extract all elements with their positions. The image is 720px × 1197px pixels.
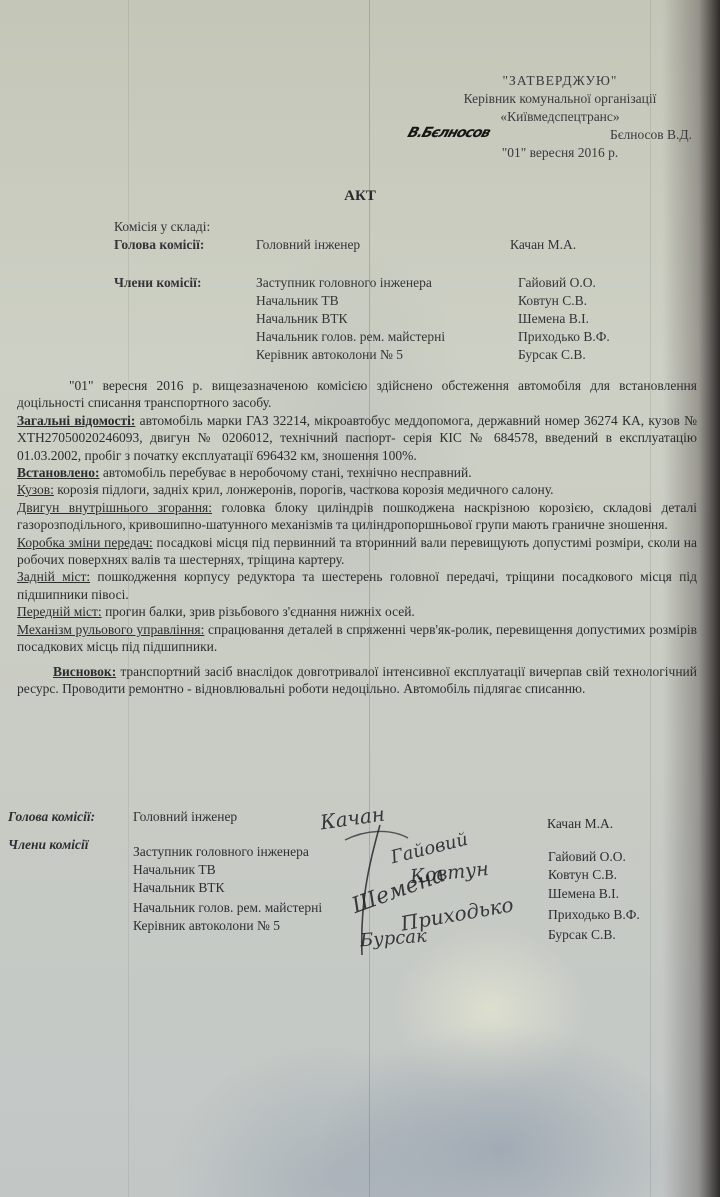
steering-label: Механізм рульового управління:	[17, 622, 204, 637]
conclusion-label: Висновок:	[53, 664, 116, 679]
body-paragraph: Кузов: корозія підлоги, задніх крил, лон…	[17, 481, 697, 498]
member-name: Бурсак С.В.	[518, 346, 586, 363]
intro-paragraph: "01" вересня 2016 р. вищезазначеною комі…	[17, 377, 697, 412]
front-axle-text: прогин балки, зрив різьбового з'єднання …	[102, 604, 415, 619]
established-label: Встановлено:	[17, 465, 99, 480]
conclusion-paragraph: Висновок: транспортний засіб внаслідок д…	[17, 663, 697, 698]
approved-heading: "ЗАТВЕРДЖУЮ"	[420, 72, 700, 90]
approval-date: "01" вересня 2016 р.	[420, 144, 700, 162]
approval-block: "ЗАТВЕРДЖУЮ" Керівник комунальної органі…	[420, 72, 700, 162]
member-position: Начальник ТВ	[256, 292, 339, 309]
member-position: Начальник ВТК	[256, 310, 347, 327]
steering-paragraph: Механізм рульового управління: спрацюван…	[17, 621, 697, 656]
commission-chair-label: Голова комісії:	[114, 236, 204, 253]
signatures-chair-name: Качан М.А.	[547, 815, 613, 833]
commission-members-label: Члени комісії:	[114, 274, 201, 291]
commission-chair-name: Качан М.А.	[510, 236, 576, 253]
general-info-label: Загальні відомості:	[17, 413, 135, 428]
engine-label: Двигун внутрішнього згорання:	[17, 500, 212, 515]
conclusion-text: транспортний засіб внаслідок довготривал…	[17, 664, 697, 696]
approver-name: Бєлносов В.Д.	[610, 127, 692, 142]
signature-member-name: Ковтун С.В.	[548, 866, 617, 884]
established-paragraph: Встановлено: автомобіль перебуває в неро…	[17, 464, 697, 481]
member-name: Шемена В.І.	[518, 310, 589, 327]
gearbox-paragraph: Коробка зміни передач: посадкові місця п…	[17, 534, 697, 569]
member-name: Гайовий О.О.	[518, 274, 596, 291]
general-info-paragraph: Загальні відомості: автомобіль марки ГАЗ…	[17, 412, 697, 464]
signature-member-position: Начальник ВТК	[133, 879, 224, 897]
rear-axle-paragraph: Задній міст: пошкодження корпусу редукто…	[17, 568, 697, 603]
approver-position: Керівник комунальної організації	[420, 90, 700, 108]
signatures-chair-position: Головний інженер	[133, 808, 237, 826]
signature-member-name: Бурсак С.В.	[548, 926, 616, 944]
approver-sign-row: В.Бєлносов Бєлносов В.Д.	[420, 126, 700, 144]
rear-axle-label: Задній міст:	[17, 569, 90, 584]
signature-member-name: Гайовий О.О.	[548, 848, 626, 866]
signature-member-name: Приходько В.Ф.	[548, 906, 640, 924]
rear-axle-text: пошкодження корпусу редуктора та шестере…	[17, 569, 697, 601]
signature-member-position: Начальник голов. рем. майстерні	[133, 899, 322, 917]
member-name: Приходько В.Ф.	[518, 328, 610, 345]
gearbox-label: Коробка зміни передач:	[17, 535, 153, 550]
signatures-members-label: Члени комісії	[8, 836, 88, 854]
body-text: корозія підлоги, задніх крил, лонжеронів…	[54, 482, 554, 497]
signature-member-name: Шемена В.І.	[548, 885, 619, 903]
signature-member-position: Керівник автоколони № 5	[133, 917, 280, 935]
front-axle-label: Передній міст:	[17, 604, 102, 619]
signatures-chair-label: Голова комісії:	[8, 808, 95, 826]
member-position: Заступник головного інженера	[256, 274, 432, 291]
engine-paragraph: Двигун внутрішнього згорання: головка бл…	[17, 499, 697, 534]
member-position: Начальник голов. рем. майстерні	[256, 328, 445, 345]
approver-signature: В.Бєлносов	[405, 124, 492, 142]
member-name: Ковтун С.В.	[518, 292, 587, 309]
body-label: Кузов:	[17, 482, 54, 497]
front-axle-paragraph: Передній міст: прогин балки, зрив різьбо…	[17, 603, 697, 620]
commission-chair-position: Головний інженер	[256, 236, 360, 253]
signature-member-position: Начальник ТВ	[133, 861, 216, 879]
member-position: Керівник автоколони № 5	[256, 346, 403, 363]
established-text: автомобіль перебуває в неробочому стані,…	[99, 465, 471, 480]
signature-stroke-icon	[340, 820, 410, 960]
document-title: АКТ	[0, 188, 720, 205]
signature-member-position: Заступник головного інженера	[133, 843, 309, 861]
act-body: "01" вересня 2016 р. вищезазначеною комі…	[17, 377, 697, 697]
commission-composition-label: Комісія у складі:	[114, 218, 210, 235]
